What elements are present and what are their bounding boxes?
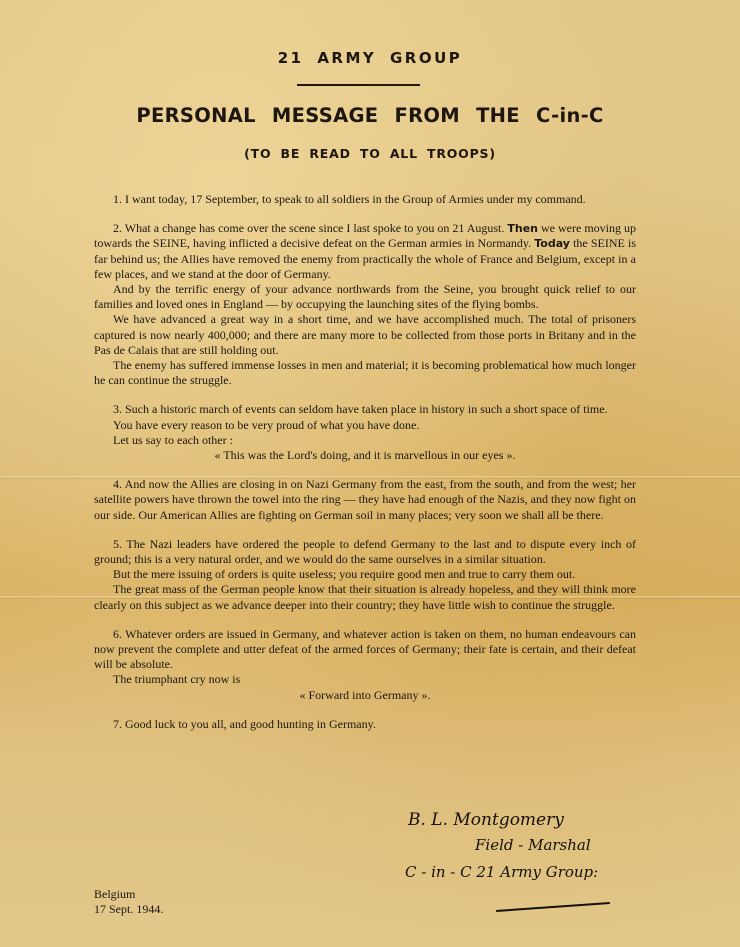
place: Belgium xyxy=(94,887,163,902)
paragraph-3b: You have every reason to be very proud o… xyxy=(94,418,636,433)
paragraph-5: 5. The Nazi leaders have ordered the peo… xyxy=(94,537,636,567)
page-subtitle: (TO BE READ TO ALL TROOPS) xyxy=(0,146,740,161)
paragraph-6: 6. Whatever orders are issued in Germany… xyxy=(94,627,636,673)
quote-lords-doing: « This was the Lord's doing, and it is m… xyxy=(94,448,636,463)
place-date: Belgium 17 Sept. 1944. xyxy=(94,887,163,917)
paragraph-4: 4. And now the Allies are closing in on … xyxy=(94,477,636,523)
header-divider xyxy=(297,84,420,86)
document-page: 21 ARMY GROUP PERSONAL MESSAGE FROM THE … xyxy=(0,0,740,947)
paragraph-7: 7. Good luck to you all, and good huntin… xyxy=(94,717,636,732)
page-title: PERSONAL MESSAGE FROM THE C-in-C xyxy=(0,104,740,127)
paragraph-5c: The great mass of the German people know… xyxy=(94,582,636,612)
quote-forward: « Forward into Germany ». xyxy=(94,688,636,703)
signature-rank: Field - Marshal xyxy=(475,836,591,854)
org-header: 21 ARMY GROUP xyxy=(0,49,740,67)
emphasis-then: Then xyxy=(507,222,538,235)
paragraph-3: 3. Such a historic march of events can s… xyxy=(94,402,636,417)
signature-name: B. L. Montgomery xyxy=(408,810,564,830)
paragraph-1: 1. I want today, 17 September, to speak … xyxy=(94,192,636,207)
date: 17 Sept. 1944. xyxy=(94,902,163,917)
paragraph-3c: Let us say to each other : xyxy=(94,433,636,448)
paragraph-6b: The triumphant cry now is xyxy=(94,672,636,687)
signature-underline xyxy=(496,902,610,912)
paragraph-2: 2. What a change has come over the scene… xyxy=(94,221,636,282)
paragraph-2c: We have advanced a great way in a short … xyxy=(94,312,636,358)
paragraph-5b: But the mere issuing of orders is quite … xyxy=(94,567,636,582)
paragraph-2b: And by the terrific energy of your advan… xyxy=(94,282,636,312)
text: 2. What a change has come over the scene… xyxy=(113,221,507,235)
signature-position: C - in - C 21 Army Group: xyxy=(405,863,598,881)
paragraph-2d: The enemy has suffered immense losses in… xyxy=(94,358,636,388)
emphasis-today: Today xyxy=(534,237,570,250)
message-body: 1. I want today, 17 September, to speak … xyxy=(94,192,636,732)
